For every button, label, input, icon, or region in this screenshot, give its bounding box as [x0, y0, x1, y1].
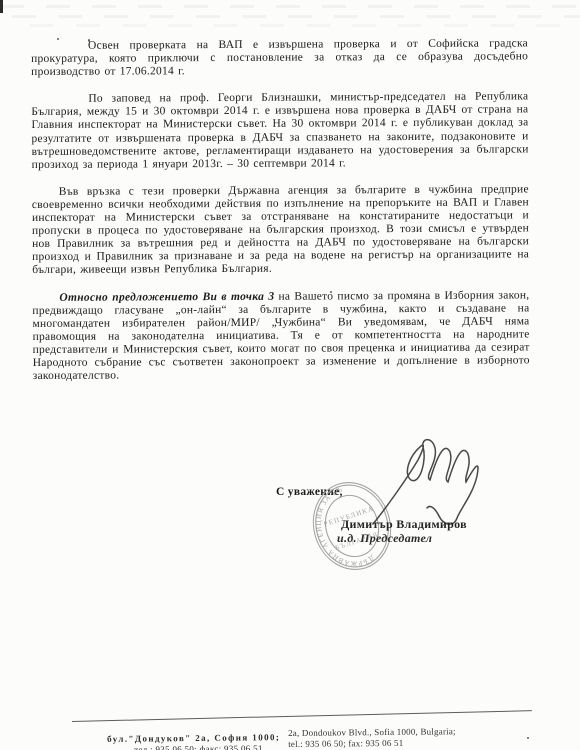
- paragraph-election-law: Относно предложението Ви в точка 3 на Ва…: [32, 289, 529, 383]
- footer-phone-english: tel.: 935 06 50; fax: 935 06 51: [288, 738, 403, 749]
- scanned-letter-page: Освен проверката на ВАП е извършена пров…: [0, 0, 580, 750]
- signer-name: Димитър Владимиров: [341, 517, 467, 532]
- footer: бул."Дондуков" 2а, София 1000; тел.: 935…: [0, 723, 580, 729]
- scan-noise-band: [12, 15, 580, 18]
- scan-noise-band: [30, 24, 580, 27]
- scan-speck: [527, 737, 529, 739]
- footer-address-english: 2a, Dondoukov Blvd., Sofia 1000, Bulgari…: [288, 726, 456, 738]
- paragraph-inspectorate-check: По заповед на проф. Георги Близнашки, ми…: [31, 91, 528, 172]
- paragraph-prosecutor-check: Освен проверката на ВАП е извършена пров…: [31, 37, 528, 79]
- letter-body: Освен проверката на ВАП е извършена пров…: [31, 37, 530, 397]
- paragraph-lead-bold-italic: Относно предложението Ви в точка 3: [59, 290, 274, 303]
- footer-address-bulgarian: бул."Дондуков" 2а, София 1000;: [107, 732, 280, 744]
- footer-phone-bulgarian: тел.: 935 06 50; факс: 935 06 51: [134, 743, 263, 750]
- scan-noise-band: [0, 5, 580, 8]
- signer-title: и.д. Председател: [337, 531, 432, 546]
- scan-edge-artifact: [0, 0, 3, 13]
- stamp-and-signature-overlay: ДЪРЖАВНА АГЕНЦИЯ ЗА БЪЛГАРИТЕ В ЧУЖБИНА …: [260, 430, 500, 590]
- paragraph-agency-measures: Във връзка с тези проверки Държавна аген…: [32, 183, 529, 277]
- footer-divider-line: [72, 710, 532, 722]
- handwritten-signature: [373, 440, 478, 525]
